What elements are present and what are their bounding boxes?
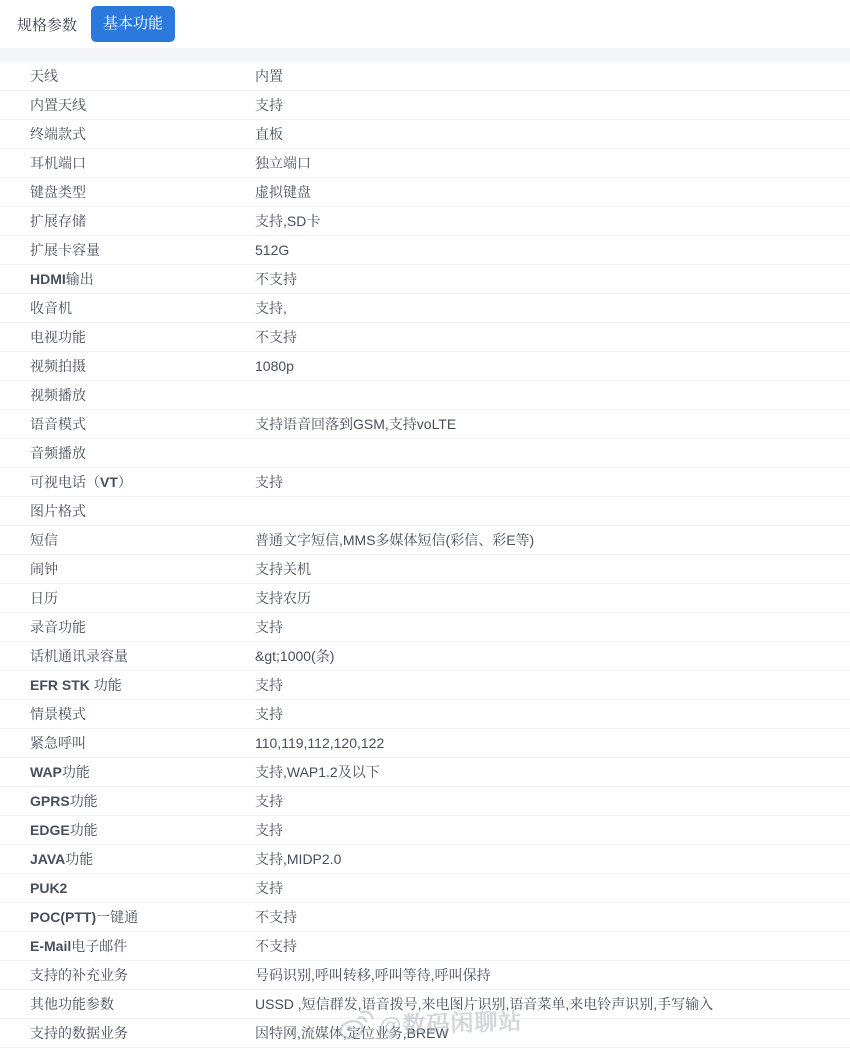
row-value: 支持 <box>255 617 283 637</box>
row-label: 电视功能 <box>30 327 255 347</box>
table-row: EFR STK 功能支持 <box>0 671 850 700</box>
table-row: JAVA功能支持,MIDP2.0 <box>0 845 850 874</box>
row-label: 扩展卡容量 <box>30 240 255 260</box>
table-row: WAP功能支持,WAP1.2及以下 <box>0 758 850 787</box>
row-value: 不支持 <box>255 907 297 927</box>
row-value: 不支持 <box>255 269 297 289</box>
row-value: 不支持 <box>255 936 297 956</box>
row-label: HDMI输出 <box>30 269 255 289</box>
row-label: 收音机 <box>30 298 255 318</box>
row-label: 情景模式 <box>30 704 255 724</box>
table-row: EDGE功能支持 <box>0 816 850 845</box>
row-label: 可视电话（VT） <box>30 472 255 492</box>
row-label: E-Mail电子邮件 <box>30 936 255 956</box>
row-label: EFR STK 功能 <box>30 675 255 695</box>
table-row: 日历支持农历 <box>0 584 850 613</box>
row-value: 直板 <box>255 124 283 144</box>
row-label: POC(PTT)一键通 <box>30 907 255 927</box>
row-label: 紧急呼叫 <box>30 733 255 753</box>
row-label: JAVA功能 <box>30 849 255 869</box>
row-label: 语音模式 <box>30 414 255 434</box>
table-row: 情景模式支持 <box>0 700 850 729</box>
row-label: 录音功能 <box>30 617 255 637</box>
row-label: EDGE功能 <box>30 820 255 840</box>
table-row: 天线内置 <box>0 62 850 91</box>
row-label: 天线 <box>30 66 255 86</box>
tab-basic-functions[interactable]: 基本功能 <box>91 6 175 42</box>
row-label: 视频拍摄 <box>30 356 255 376</box>
row-label: PUK2 <box>30 880 255 896</box>
row-label: WAP功能 <box>30 762 255 782</box>
row-value: 支持 <box>255 704 283 724</box>
row-value: 支持 <box>255 791 283 811</box>
row-label: 内置天线 <box>30 95 255 115</box>
table-row: 视频播放 <box>0 381 850 410</box>
row-value: &gt;1000(条) <box>255 646 334 666</box>
table-row: 音频播放 <box>0 439 850 468</box>
tab-bar: 规格参数 基本功能 <box>0 0 850 48</box>
row-value: 支持农历 <box>255 588 311 608</box>
row-value: 号码识别,呼叫转移,呼叫等待,呼叫保持 <box>255 965 491 985</box>
table-row: 支持的补充业务号码识别,呼叫转移,呼叫等待,呼叫保持 <box>0 961 850 990</box>
table-row: HDMI输出不支持 <box>0 265 850 294</box>
tab-spec-params[interactable]: 规格参数 <box>17 14 77 35</box>
table-row: 紧急呼叫110,119,112,120,122 <box>0 729 850 758</box>
table-row: 短信普通文字短信,MMS多媒体短信(彩信、彩E等) <box>0 526 850 555</box>
row-value: USSD ,短信群发,语音拨号,来电图片识别,语音菜单,来电铃声识别,手写输入 <box>255 994 713 1014</box>
table-row: PUK2支持 <box>0 874 850 903</box>
row-value: 支持 <box>255 675 283 695</box>
row-label: 日历 <box>30 588 255 608</box>
row-value: 因特网,流媒体,定位业务,BREW <box>255 1023 449 1043</box>
row-label: 耳机端口 <box>30 153 255 173</box>
row-value: 虚拟键盘 <box>255 182 311 202</box>
row-label: 其他功能参数 <box>30 994 255 1014</box>
row-value: 支持, <box>255 298 287 318</box>
table-row: 内置天线支持 <box>0 91 850 120</box>
row-value: 支持语音回落到GSM,支持voLTE <box>255 414 456 434</box>
table-row: 电视功能不支持 <box>0 323 850 352</box>
row-label: 音频播放 <box>30 443 255 463</box>
table-row: 键盘类型虚拟键盘 <box>0 178 850 207</box>
row-label: 键盘类型 <box>30 182 255 202</box>
table-row: 语音模式支持语音回落到GSM,支持voLTE <box>0 410 850 439</box>
table-row: 视频拍摄1080p <box>0 352 850 381</box>
row-value: 支持 <box>255 878 283 898</box>
row-value: 独立端口 <box>255 153 311 173</box>
table-row: 图片格式 <box>0 497 850 526</box>
row-label: 话机通讯录容量 <box>30 646 255 666</box>
row-value: 支持,MIDP2.0 <box>255 849 341 869</box>
table-row: 其他功能参数USSD ,短信群发,语音拨号,来电图片识别,语音菜单,来电铃声识别… <box>0 990 850 1019</box>
table-row: 话机通讯录容量&gt;1000(条) <box>0 642 850 671</box>
table-row: 收音机支持, <box>0 294 850 323</box>
row-value: 512G <box>255 242 289 258</box>
header-divider-band <box>0 48 850 62</box>
row-value: 支持关机 <box>255 559 311 579</box>
table-row: 闹钟支持关机 <box>0 555 850 584</box>
row-value: 支持 <box>255 472 283 492</box>
row-value: 普通文字短信,MMS多媒体短信(彩信、彩E等) <box>255 530 534 550</box>
table-row: 耳机端口独立端口 <box>0 149 850 178</box>
row-value: 支持,WAP1.2及以下 <box>255 762 380 782</box>
row-label: 视频播放 <box>30 385 255 405</box>
table-row: 扩展存储支持,SD卡 <box>0 207 850 236</box>
table-row: 终端款式直板 <box>0 120 850 149</box>
table-row: POC(PTT)一键通不支持 <box>0 903 850 932</box>
table-row: E-Mail电子邮件不支持 <box>0 932 850 961</box>
table-row: 扩展卡容量512G <box>0 236 850 265</box>
row-label: 支持的数据业务 <box>30 1023 255 1043</box>
row-value: 1080p <box>255 358 294 374</box>
row-label: 闹钟 <box>30 559 255 579</box>
table-row: GPRS功能支持 <box>0 787 850 816</box>
row-label: GPRS功能 <box>30 791 255 811</box>
table-row: 支持的数据业务因特网,流媒体,定位业务,BREW <box>0 1019 850 1048</box>
row-label: 短信 <box>30 530 255 550</box>
row-value: 支持 <box>255 820 283 840</box>
table-row: 录音功能支持 <box>0 613 850 642</box>
row-value: 110,119,112,120,122 <box>255 735 384 751</box>
row-value: 支持 <box>255 95 283 115</box>
row-value: 内置 <box>255 66 283 86</box>
row-label: 支持的补充业务 <box>30 965 255 985</box>
table-row: 可视电话（VT）支持 <box>0 468 850 497</box>
row-label: 图片格式 <box>30 501 255 521</box>
row-label: 扩展存储 <box>30 211 255 231</box>
row-label: 终端款式 <box>30 124 255 144</box>
row-value: 支持,SD卡 <box>255 211 320 231</box>
row-value: 不支持 <box>255 327 297 347</box>
spec-table: 天线内置内置天线支持终端款式直板耳机端口独立端口键盘类型虚拟键盘扩展存储支持,S… <box>0 62 850 1048</box>
